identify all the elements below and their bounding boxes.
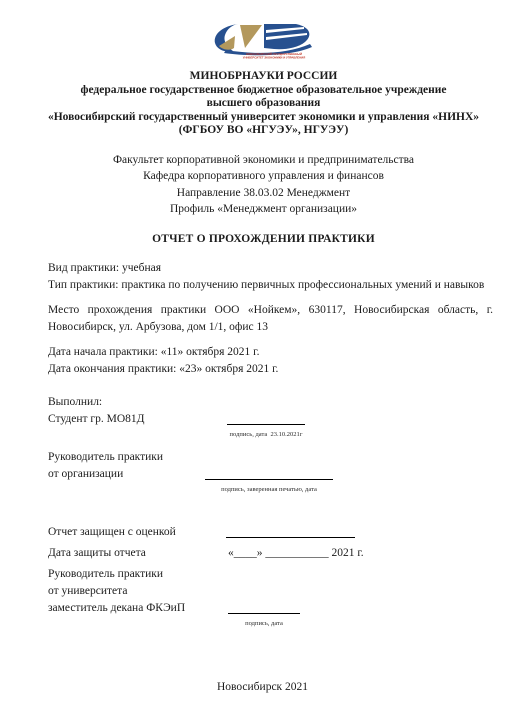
org-signature-caption: подпись, заверенная печатью, дата — [221, 481, 317, 498]
university-logo-icon: НОВОСИБИРСКИЙ ГОСУДАРСТВЕННЫЙ УНИВЕРСИТЕ… — [212, 24, 316, 60]
defense-grade-label: Отчет защищен с оценкой — [48, 524, 198, 541]
org-signature-block: подпись, заверенная печатью, дата — [205, 466, 333, 498]
city-year-footer: Новосибирск 2021 — [0, 679, 525, 696]
org-supervisor-label-line1: Руководитель практики — [48, 449, 493, 466]
defense-grade-line — [226, 524, 355, 538]
document-page: НОВОСИБИРСКИЙ ГОСУДАРСТВЕННЫЙ УНИВЕРСИТЕ… — [0, 0, 525, 710]
student-signature-caption: подпись, дата 23.10.2021г — [230, 426, 303, 443]
ministry-name: МИНОБРНАУКИ РОССИИ — [34, 70, 493, 84]
defense-grade-block — [226, 524, 355, 538]
page-title: ОТЧЕТ О ПРОХОЖДЕНИИ ПРАКТИКИ — [34, 231, 493, 248]
defense-date-label: Дата защиты отчета — [48, 545, 198, 562]
performed-by-label: Выполнил: — [48, 394, 493, 411]
student-signature-block: подпись, дата 23.10.2021г — [227, 411, 305, 443]
institution-type-line1: федеральное государственное бюджетное об… — [34, 84, 493, 98]
org-supervisor-label-line2: от организации — [48, 466, 198, 483]
uni-signature-row: заместитель декана ФКЭиП подпись, дата — [48, 600, 493, 632]
uni-supervisor-label-line3: заместитель декана ФКЭиП — [48, 600, 198, 617]
org-signature-row: от организации подпись, заверенная печат… — [48, 466, 493, 498]
practice-kind: Вид практики: учебная — [48, 260, 493, 277]
signature-section-student-org: Выполнил: Студент гр. МО81Д подпись, дат… — [48, 394, 493, 498]
org-signature-line — [205, 466, 333, 480]
practice-start-date: Дата начала практики: «11» октября 2021 … — [48, 344, 493, 361]
uni-signature-block: подпись, дата — [228, 600, 300, 632]
logo-gold-sail-shape — [240, 25, 262, 48]
defense-date-row: Дата защиты отчета «____» ___________ 20… — [48, 545, 493, 562]
uni-supervisor-label-line1: Руководитель практики — [48, 566, 493, 583]
uni-signature-caption: подпись, дата — [245, 615, 283, 632]
practice-end-date: Дата окончания практики: «23» октября 20… — [48, 361, 493, 378]
ministry-header: МИНОБРНАУКИ РОССИИ федеральное государст… — [34, 70, 493, 138]
student-group-label: Студент гр. МО81Д — [48, 411, 198, 428]
institution-name: «Новосибирский государственный университ… — [34, 111, 493, 125]
student-signature-line — [227, 411, 305, 425]
logo-container: НОВОСИБИРСКИЙ ГОСУДАРСТВЕННЫЙ УНИВЕРСИТЕ… — [34, 24, 493, 66]
faculty-name: Факультет корпоративной экономики и пред… — [34, 152, 493, 168]
student-signature-row: Студент гр. МО81Д подпись, дата 23.10.20… — [48, 411, 493, 443]
institution-type-line2: высшего образования — [34, 97, 493, 111]
uni-supervisor-label-line2: от университета — [48, 583, 493, 600]
practice-place: Место прохождения практики ООО «Нойкем»,… — [48, 302, 493, 336]
practice-details: Вид практики: учебная Тип практики: прак… — [48, 260, 493, 378]
study-profile: Профиль «Менеджмент организации» — [34, 201, 493, 217]
department-name: Кафедра корпоративного управления и фина… — [34, 168, 493, 184]
defense-section: Отчет защищен с оценкой Дата защиты отче… — [48, 524, 493, 632]
study-direction: Направление 38.03.02 Менеджмент — [34, 185, 493, 201]
defense-date-blank: «____» ___________ 2021 г. — [228, 545, 364, 562]
uni-signature-line — [228, 600, 300, 614]
defense-grade-row: Отчет защищен с оценкой — [48, 524, 493, 541]
institution-abbreviation: (ФГБОУ ВО «НГУЭУ», НГУЭУ) — [34, 124, 493, 138]
practice-type: Тип практики: практика по получению перв… — [48, 277, 493, 294]
faculty-block: Факультет корпоративной экономики и пред… — [34, 152, 493, 217]
logo-subtext-line2: УНИВЕРСИТЕТ ЭКОНОМИКИ И УПРАВЛЕНИЯ — [242, 56, 304, 60]
